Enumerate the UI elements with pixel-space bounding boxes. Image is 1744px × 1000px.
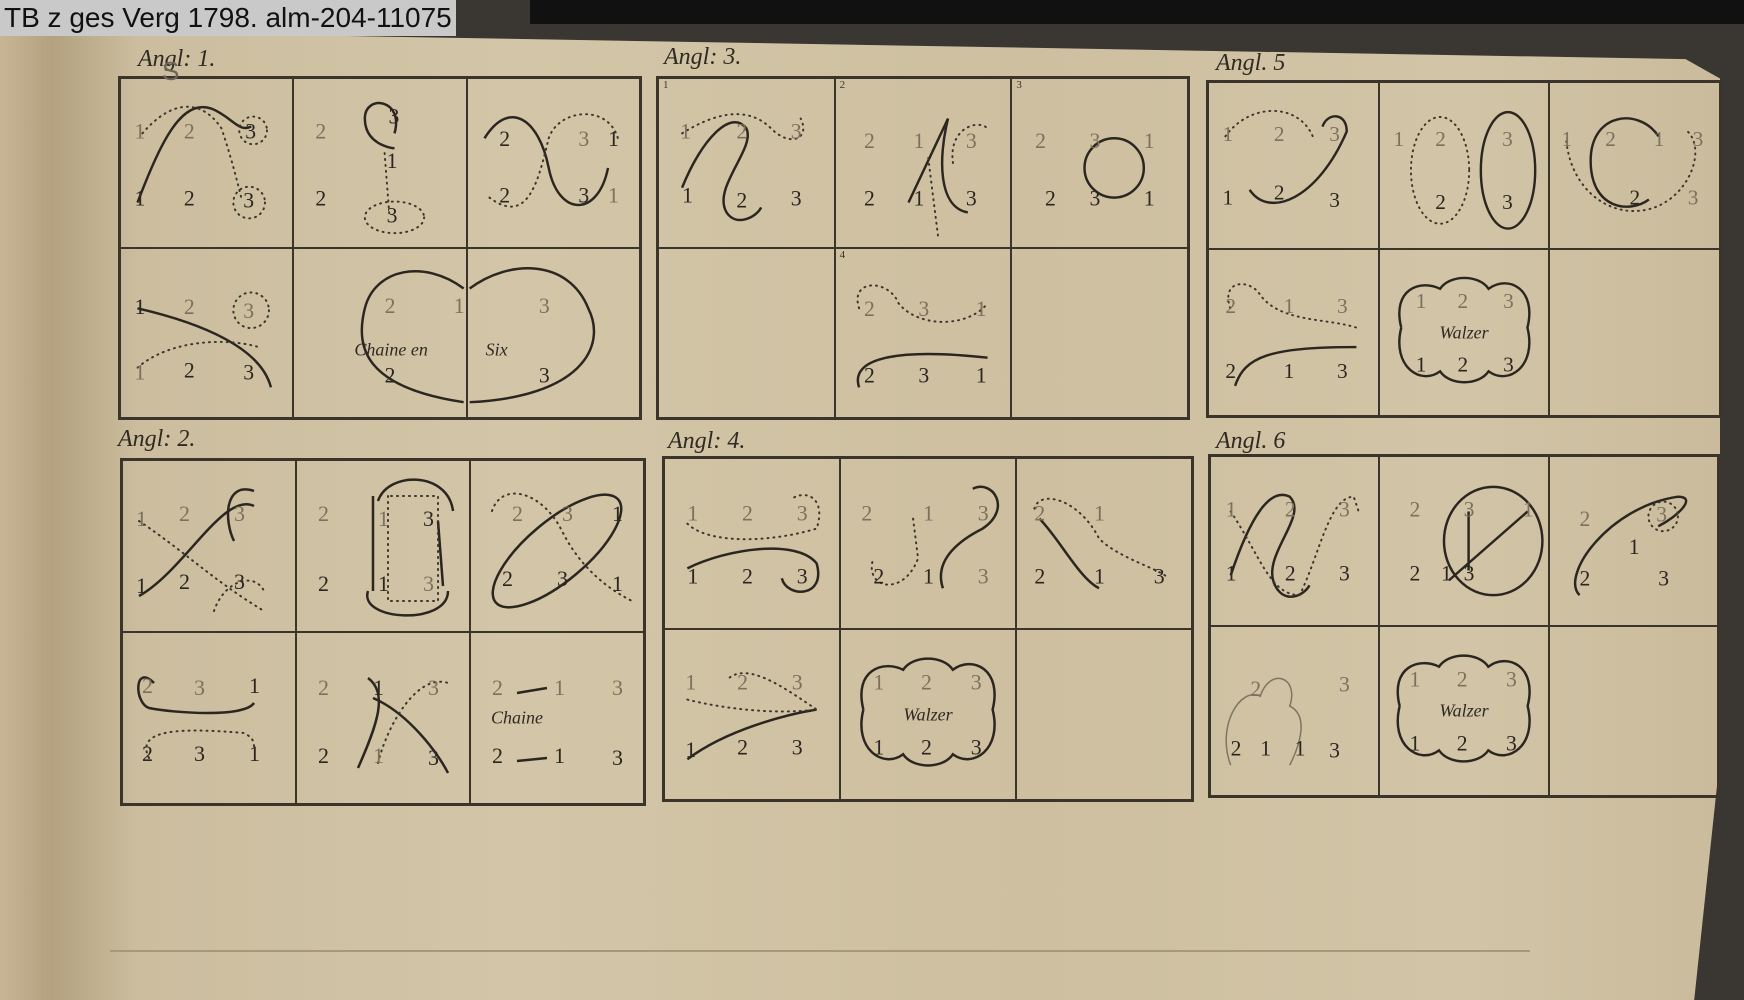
- svg-text:1: 1: [923, 502, 934, 526]
- figure-title: Angl: 4.: [668, 428, 745, 455]
- svg-text:1: 1: [554, 743, 565, 768]
- svg-text:3: 3: [965, 129, 976, 153]
- svg-text:2: 2: [316, 119, 327, 143]
- svg-text:1: 1: [687, 502, 698, 526]
- dance-diagram-grid: 123123 213213 21213 123123 123123 Walzer: [662, 456, 1194, 802]
- svg-text:1: 1: [135, 295, 146, 319]
- svg-text:3: 3: [1503, 289, 1514, 313]
- diagram-cell: 213213: [1208, 249, 1379, 416]
- svg-text:2: 2: [1457, 352, 1468, 376]
- svg-text:2: 2: [873, 564, 884, 588]
- svg-text:1: 1: [135, 360, 146, 384]
- svg-text:1: 1: [612, 571, 623, 596]
- svg-text:3: 3: [428, 745, 439, 770]
- diagram-cell-empty: [1016, 629, 1192, 800]
- diagram-cell: 123123: [664, 629, 840, 800]
- svg-text:1: 1: [913, 129, 924, 153]
- figure-title: Angl: 3.: [664, 44, 741, 71]
- figure-caption: Walzer: [1380, 701, 1547, 722]
- svg-text:1: 1: [1226, 497, 1237, 521]
- diagram-cell-empty: [658, 248, 835, 418]
- diagram-cell: 23123: [1549, 456, 1718, 626]
- svg-text:2: 2: [864, 129, 875, 153]
- svg-text:3: 3: [1506, 731, 1517, 755]
- svg-text:1: 1: [554, 675, 565, 700]
- svg-text:3: 3: [243, 360, 254, 384]
- svg-text:2: 2: [1225, 359, 1236, 383]
- diagram-cell: 212 Chaine en: [293, 248, 466, 418]
- svg-text:3: 3: [792, 671, 803, 695]
- svg-text:2: 2: [1034, 502, 1045, 526]
- svg-text:2: 2: [499, 127, 510, 151]
- diagram-cell: 213213: [296, 460, 470, 632]
- svg-text:1: 1: [1226, 561, 1237, 585]
- svg-text:2: 2: [1285, 497, 1296, 521]
- figure-caption: Walzer: [1380, 322, 1549, 343]
- svg-text:1: 1: [1654, 127, 1665, 151]
- svg-text:2: 2: [1035, 129, 1046, 153]
- diagram-cell-empty: [1549, 249, 1720, 416]
- svg-text:2: 2: [736, 119, 747, 143]
- svg-text:1: 1: [1562, 127, 1573, 151]
- svg-text:2: 2: [316, 186, 327, 210]
- diagram-cell: 123123 Walzer: [1379, 249, 1550, 416]
- svg-text:1: 1: [608, 184, 619, 208]
- svg-text:3: 3: [918, 363, 929, 387]
- diagram-cell: 3 231231: [1011, 78, 1188, 248]
- diagram-cell: 231231: [470, 460, 644, 632]
- svg-text:3: 3: [428, 675, 439, 700]
- diagram-cell: 123123: [1210, 456, 1379, 626]
- diagram-cell: 33 Six: [467, 248, 640, 418]
- svg-text:2: 2: [184, 186, 195, 210]
- svg-text:2: 2: [1410, 561, 1421, 585]
- page-fold-line: [110, 950, 1530, 952]
- svg-text:1: 1: [1295, 736, 1306, 760]
- svg-text:3: 3: [792, 735, 803, 759]
- svg-text:1: 1: [1260, 736, 1271, 760]
- diagram-cell: 213213: [840, 458, 1016, 629]
- svg-text:1: 1: [685, 738, 696, 762]
- svg-text:3: 3: [1688, 185, 1699, 209]
- svg-text:2: 2: [318, 743, 329, 768]
- svg-text:1: 1: [1410, 667, 1421, 691]
- svg-text:3: 3: [1154, 564, 1165, 588]
- svg-text:3: 3: [389, 104, 400, 128]
- diagram-cell: 231231: [467, 78, 640, 248]
- svg-text:1: 1: [249, 673, 260, 698]
- svg-text:3: 3: [1337, 294, 1348, 318]
- svg-text:2: 2: [1579, 507, 1590, 531]
- diagram-cell: 23123: [293, 78, 466, 248]
- dance-diagram-grid: 123123 231213 23123 232113 123123 Walzer: [1208, 454, 1720, 798]
- svg-text:3: 3: [791, 119, 802, 143]
- svg-text:2: 2: [142, 673, 153, 698]
- svg-text:1: 1: [373, 743, 384, 768]
- svg-text:2: 2: [864, 186, 875, 210]
- diagram-cell: 123123: [1208, 82, 1379, 249]
- svg-text:3: 3: [423, 506, 434, 531]
- svg-text:3: 3: [1656, 502, 1667, 526]
- svg-text:1: 1: [135, 119, 146, 143]
- figure-caption: Walzer: [841, 704, 1015, 725]
- svg-text:2: 2: [864, 363, 875, 387]
- diagram-cell: 123123: [120, 78, 293, 248]
- svg-text:1: 1: [1222, 122, 1233, 146]
- diagram-cell-empty: [1549, 626, 1718, 796]
- svg-text:3: 3: [612, 675, 623, 700]
- diagram-cell: 123123: [664, 458, 840, 629]
- figure-caption: Chaine en: [354, 339, 465, 360]
- svg-text:1: 1: [923, 564, 934, 588]
- diagram-cell: 123123: [122, 460, 296, 632]
- svg-text:1: 1: [1410, 731, 1421, 755]
- svg-text:2: 2: [861, 502, 872, 526]
- figure-caption: Six: [468, 339, 639, 360]
- diagram-cell: 4 231231: [835, 248, 1012, 418]
- svg-text:1: 1: [249, 741, 260, 766]
- svg-text:1: 1: [1415, 352, 1426, 376]
- diagram-cell: 213213 Chaine: [470, 632, 644, 804]
- svg-text:3: 3: [578, 127, 589, 151]
- svg-text:3: 3: [1090, 186, 1101, 210]
- svg-text:1: 1: [680, 119, 691, 143]
- svg-text:3: 3: [971, 671, 982, 695]
- svg-text:2: 2: [512, 501, 523, 526]
- watermark-letter: S: [162, 56, 179, 87]
- svg-text:2: 2: [742, 564, 753, 588]
- figure-title: Angl. 5: [1216, 50, 1285, 77]
- svg-text:2: 2: [142, 741, 153, 766]
- diagram-cell-empty: [1011, 248, 1188, 418]
- diagram-cell: 21213: [1016, 458, 1192, 629]
- svg-text:2: 2: [385, 363, 396, 387]
- diagram-cell: 121323: [1549, 82, 1720, 249]
- diagram-cell: 231231: [122, 632, 296, 804]
- svg-text:1: 1: [1284, 359, 1295, 383]
- svg-text:2: 2: [921, 735, 932, 759]
- svg-text:1: 1: [373, 675, 384, 700]
- svg-text:2: 2: [1231, 736, 1242, 760]
- svg-text:1: 1: [378, 571, 389, 596]
- svg-text:3: 3: [971, 735, 982, 759]
- svg-text:3: 3: [1693, 127, 1704, 151]
- svg-text:3: 3: [1339, 672, 1350, 696]
- svg-text:2: 2: [1457, 289, 1468, 313]
- diagram-cell: 231213: [1379, 456, 1548, 626]
- svg-text:1: 1: [913, 186, 924, 210]
- svg-text:2: 2: [737, 671, 748, 695]
- svg-text:3: 3: [1339, 497, 1350, 521]
- svg-text:3: 3: [194, 741, 205, 766]
- svg-text:3: 3: [245, 119, 256, 143]
- svg-text:2: 2: [1285, 561, 1296, 585]
- svg-text:1: 1: [975, 297, 986, 321]
- svg-text:3: 3: [1464, 497, 1475, 521]
- svg-text:3: 3: [965, 186, 976, 210]
- svg-text:3: 3: [578, 184, 589, 208]
- svg-text:2: 2: [1274, 180, 1285, 204]
- svg-text:1: 1: [454, 294, 465, 318]
- svg-text:2: 2: [1435, 127, 1446, 151]
- svg-text:1: 1: [1094, 502, 1105, 526]
- svg-text:2: 2: [318, 675, 329, 700]
- svg-text:2: 2: [921, 671, 932, 695]
- svg-text:1: 1: [612, 501, 623, 526]
- svg-text:1: 1: [135, 186, 146, 210]
- svg-text:2: 2: [179, 569, 190, 594]
- svg-text:1: 1: [1094, 564, 1105, 588]
- svg-text:2: 2: [179, 501, 190, 526]
- svg-text:3: 3: [1329, 738, 1340, 762]
- svg-text:1: 1: [608, 127, 619, 151]
- svg-text:1: 1: [685, 671, 696, 695]
- svg-text:2: 2: [1410, 497, 1421, 521]
- svg-text:1: 1: [975, 363, 986, 387]
- svg-text:1: 1: [682, 184, 693, 208]
- dance-diagram-grid: 123123 213213 231231 231231 213213 21321…: [120, 458, 646, 806]
- top-dark-band: [530, 0, 1744, 24]
- svg-text:1: 1: [378, 506, 389, 531]
- svg-text:2: 2: [1435, 190, 1446, 214]
- svg-text:1: 1: [1144, 129, 1155, 153]
- svg-text:1: 1: [1628, 535, 1639, 559]
- svg-text:3: 3: [1339, 561, 1350, 585]
- diagram-cell: 123123 Walzer: [1379, 626, 1548, 796]
- svg-text:3: 3: [234, 501, 245, 526]
- svg-text:2: 2: [1606, 127, 1617, 151]
- diagram-cell: 232113: [1210, 626, 1379, 796]
- svg-text:2: 2: [1630, 185, 1641, 209]
- svg-text:1: 1: [873, 671, 884, 695]
- svg-text:1: 1: [136, 506, 147, 531]
- figure-title: Angl. 6: [1216, 428, 1285, 455]
- svg-text:3: 3: [423, 571, 434, 596]
- svg-text:3: 3: [194, 675, 205, 700]
- figure-title: Angl: 2.: [118, 426, 195, 453]
- svg-text:3: 3: [1502, 190, 1513, 214]
- svg-text:1: 1: [1415, 289, 1426, 313]
- svg-text:3: 3: [538, 363, 549, 387]
- svg-text:2: 2: [184, 358, 195, 382]
- diagram-cell: 1 123123: [658, 78, 835, 248]
- svg-text:2: 2: [1045, 186, 1056, 210]
- svg-text:3: 3: [1503, 352, 1514, 376]
- diagram-cell: 12323: [1379, 82, 1550, 249]
- svg-text:1: 1: [1284, 294, 1295, 318]
- svg-text:3: 3: [243, 188, 254, 212]
- svg-text:2: 2: [1579, 566, 1590, 590]
- svg-text:1: 1: [1523, 497, 1534, 521]
- svg-text:3: 3: [1502, 127, 1513, 151]
- svg-text:3: 3: [918, 297, 929, 321]
- svg-text:3: 3: [243, 299, 254, 323]
- svg-text:2: 2: [502, 566, 513, 591]
- svg-text:3: 3: [557, 566, 568, 591]
- svg-text:2: 2: [492, 743, 503, 768]
- svg-text:2: 2: [318, 571, 329, 596]
- dance-diagram-grid: 1 123123 2 213213 3 231231 4 231231: [656, 76, 1190, 420]
- svg-text:3: 3: [1506, 667, 1517, 691]
- svg-text:1: 1: [873, 735, 884, 759]
- svg-text:1: 1: [136, 573, 147, 598]
- svg-text:3: 3: [1464, 561, 1475, 585]
- svg-text:2: 2: [1274, 122, 1285, 146]
- svg-text:2: 2: [1250, 677, 1261, 701]
- svg-text:3: 3: [1329, 122, 1340, 146]
- svg-text:3: 3: [978, 564, 989, 588]
- svg-text:1: 1: [1441, 561, 1452, 585]
- svg-text:1: 1: [1222, 185, 1233, 209]
- diagram-cell: 123123 Walzer: [840, 629, 1016, 800]
- svg-text:2: 2: [864, 297, 875, 321]
- svg-text:1: 1: [387, 149, 398, 173]
- document-id-label: TB z ges Verg 1798. alm-204-11075: [0, 0, 456, 36]
- svg-text:2: 2: [1225, 294, 1236, 318]
- svg-text:2: 2: [1457, 731, 1468, 755]
- svg-text:3: 3: [234, 569, 245, 594]
- svg-text:2: 2: [1034, 564, 1045, 588]
- svg-text:1: 1: [1393, 127, 1404, 151]
- svg-text:3: 3: [387, 203, 398, 227]
- svg-text:3: 3: [1658, 566, 1669, 590]
- svg-text:3: 3: [562, 501, 573, 526]
- svg-text:1: 1: [687, 564, 698, 588]
- svg-text:2: 2: [737, 735, 748, 759]
- dance-diagram-grid: 123123 23123 231231 123123 212 Chaine en…: [118, 76, 642, 420]
- svg-text:3: 3: [797, 564, 808, 588]
- svg-text:3: 3: [797, 502, 808, 526]
- svg-text:2: 2: [492, 675, 503, 700]
- figure-caption: Chaine: [471, 708, 643, 729]
- svg-text:2: 2: [385, 294, 396, 318]
- diagram-cell: 123123: [120, 248, 293, 418]
- svg-text:2: 2: [184, 295, 195, 319]
- svg-text:3: 3: [1090, 129, 1101, 153]
- svg-text:2: 2: [499, 184, 510, 208]
- svg-text:1: 1: [1144, 186, 1155, 210]
- svg-text:2: 2: [736, 188, 747, 212]
- svg-text:2: 2: [318, 501, 329, 526]
- svg-text:3: 3: [612, 745, 623, 770]
- diagram-cell: 213213: [296, 632, 470, 804]
- svg-text:3: 3: [1337, 359, 1348, 383]
- svg-text:3: 3: [538, 294, 549, 318]
- svg-text:3: 3: [791, 186, 802, 210]
- dance-diagram-grid: 123123 12323 121323 213213 123123 Walzer: [1206, 80, 1722, 418]
- svg-text:2: 2: [742, 502, 753, 526]
- svg-text:3: 3: [978, 502, 989, 526]
- svg-text:2: 2: [184, 119, 195, 143]
- svg-text:2: 2: [1457, 667, 1468, 691]
- svg-text:3: 3: [1329, 188, 1340, 212]
- diagram-cell: 2 213213: [835, 78, 1012, 248]
